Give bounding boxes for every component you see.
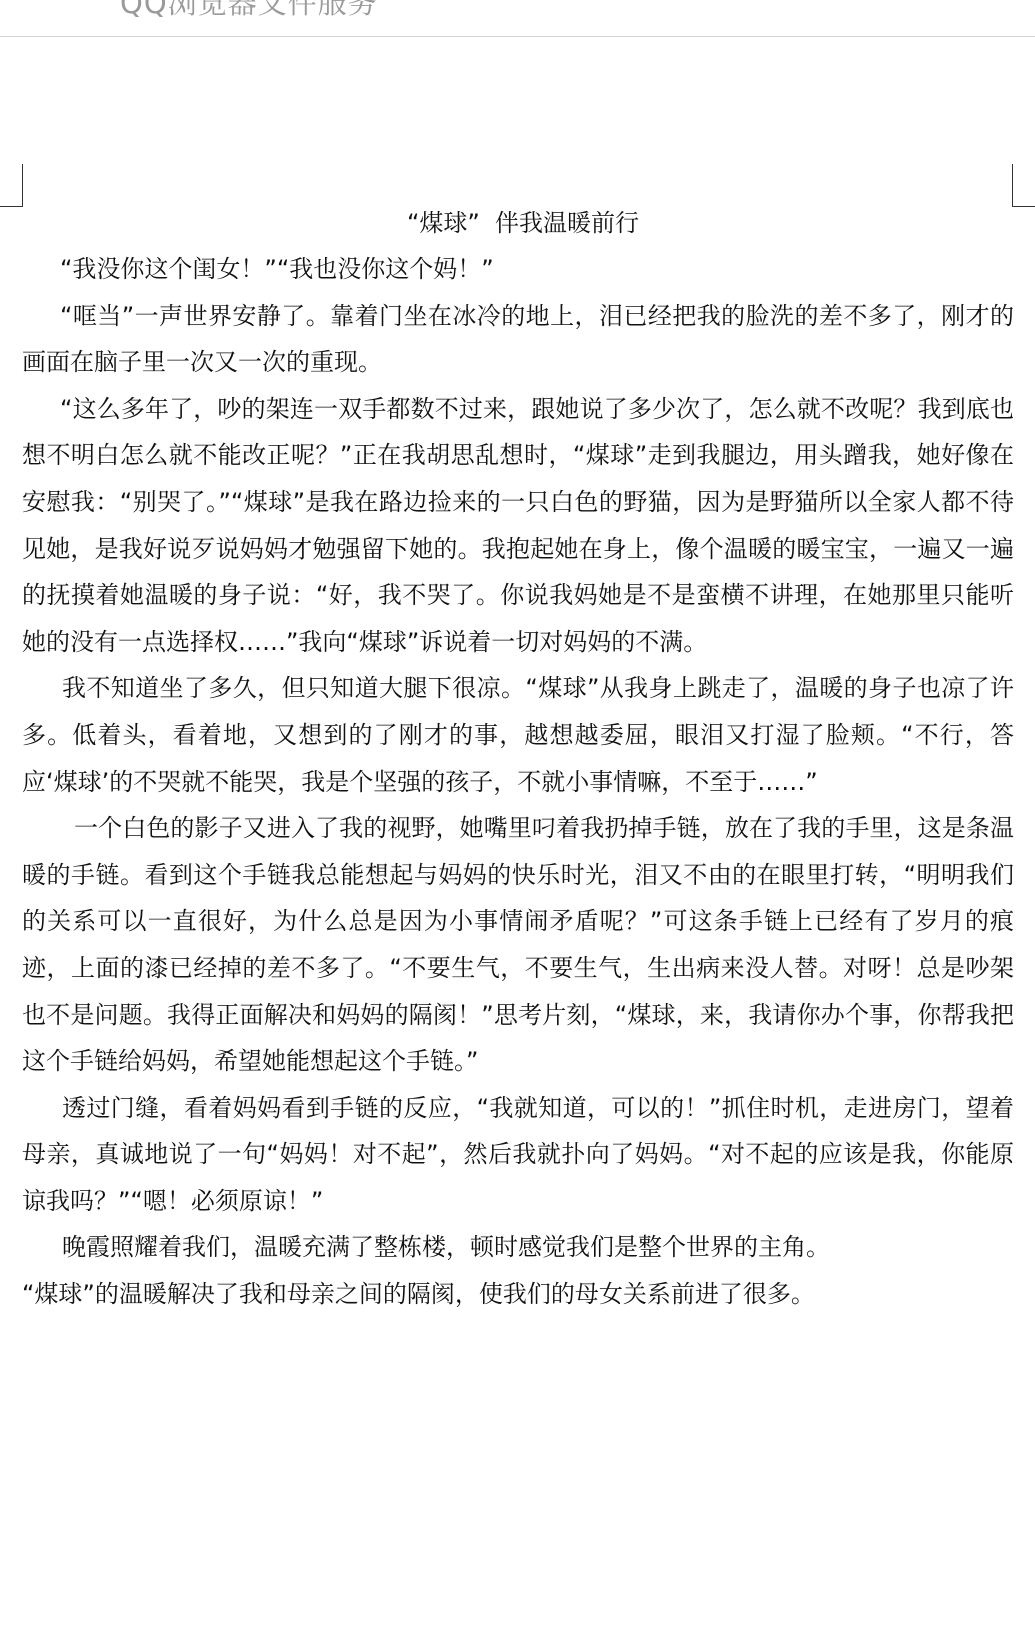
paragraph-8: “煤球”的温暖解决了我和母亲之间的隔阂，使我们的母女关系前进了很多。 — [22, 1271, 1014, 1318]
paragraph-5: 一个白色的影子又进入了我的视野，她嘴里叼着我扔掉手链，放在了我的手里，这是条温暖… — [22, 805, 1014, 1085]
paragraph-6: 透过门缝，看着妈妈看到手链的反应，“我就知道，可以的！”抓住时机，走进房门，望着… — [22, 1085, 1014, 1225]
paragraph-3: “这么多年了，吵的架连一双手都数不过来，跟她说了多少次了，怎么就不改呢？我到底也… — [22, 386, 1014, 666]
paragraph-7: 晚霞照耀着我们，温暖充满了整栋楼，顿时感觉我们是整个世界的主角。 — [22, 1224, 1014, 1271]
paragraph-4: 我不知道坐了多久，但只知道大腿下很凉。“煤球”从我身上跳走了，温暖的身子也凉了许… — [22, 665, 1014, 805]
document-body: “我没你这个闺女！”“我也没你这个妈！” “哐当”一声世界安静了。靠着门坐在冰冷… — [22, 246, 1014, 1318]
document-page: “煤球” 伴我温暖前行 “我没你这个闺女！”“我也没你这个妈！” “哐当”一声世… — [22, 208, 1014, 1318]
crop-mark-top-left — [0, 164, 23, 207]
crop-mark-top-right — [1012, 164, 1035, 207]
app-header-title: QQ浏览器文件服务 — [120, 0, 378, 23]
paragraph-1: “我没你这个闺女！”“我也没你这个妈！” — [22, 246, 1014, 293]
document-title: “煤球” 伴我温暖前行 — [22, 208, 1014, 246]
app-header: QQ浏览器文件服务 — [0, 0, 1035, 37]
paragraph-2: “哐当”一声世界安静了。靠着门坐在冰冷的地上，泪已经把我的脸洗的差不多了，刚才的… — [22, 293, 1014, 386]
